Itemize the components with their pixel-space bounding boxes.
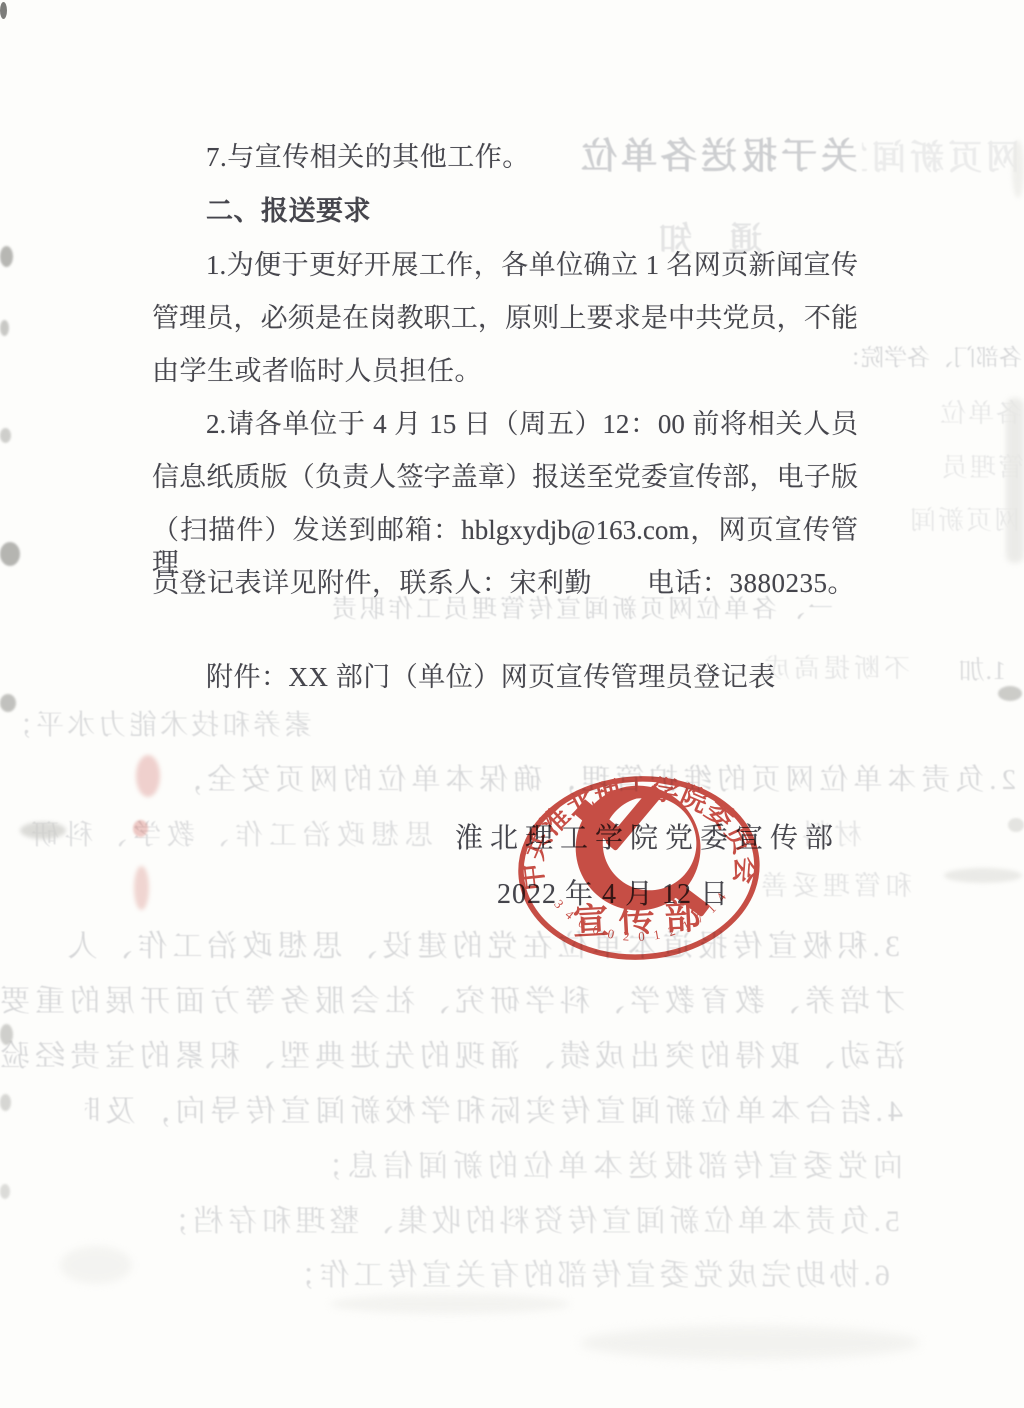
gray-smudge	[944, 868, 1022, 883]
edge-smudge	[0, 428, 11, 443]
bleed-through-text: 网页新闻	[908, 505, 1020, 539]
section-heading: 二、报送要求	[152, 195, 858, 228]
edge-smudge	[0, 542, 20, 566]
body-line-para2-2: 信息纸质版（负责人签字盖章）报送至党委宣传部，电子版	[152, 461, 858, 494]
edge-smudge	[0, 320, 9, 336]
bleed-through-text: 和管理妥善	[750, 870, 912, 905]
attachment-line: 附件：XX 部门（单位）网页宣传管理员登记表	[152, 661, 858, 694]
red-ink-smudge	[136, 755, 160, 797]
body-line-para1-1: 1.为便于更好开展工作，各单位确立 1 名网页新闻宣传	[152, 249, 858, 282]
bleed-through-text: 向党委宣传部报送本单位的新闻信息；	[295, 1148, 903, 1187]
bleed-through-text: 管理员	[940, 452, 1024, 486]
bleed-through-text: 才培养、教育教学、科学研究、社会服务等方面开展的重要	[0, 983, 905, 1022]
bleed-through-text: 网页新闻宣传	[862, 138, 1020, 182]
body-line-para1-2: 管理员，必须是在岗教职工，原则上要求是中共党员，不能	[152, 302, 858, 335]
edge-smudge	[0, 694, 16, 712]
bleed-through-text: 素养和技术能力水平；	[0, 708, 312, 744]
body-line-para2-1: 2.请各单位于 4 月 15 日（周五）12：00 前将相关人员	[152, 408, 858, 441]
bleed-through-text: 活动、取得的突出成绩、涌现的先进典型、积累的宝贵经验；	[0, 1038, 905, 1077]
body-line-para1-3: 由学生或者临时人员担任。	[152, 355, 858, 388]
edge-smudge	[998, 686, 1022, 701]
bleed-through-text: 6.协助完成党委宣传部的有关宣传工作；	[252, 1257, 890, 1296]
edge-smudge	[0, 1094, 11, 1111]
edge-streak	[1006, 398, 1024, 563]
edge-smudge	[0, 2, 7, 19]
official-seal: 中共淮北理工学院委员会 3406020121714 宣传部	[509, 766, 769, 973]
red-ink-smudge	[133, 820, 148, 837]
bleed-through-text: 3.积极宣传报道本单位在党的建设、思想政治工作、人	[36, 928, 900, 967]
paper-shadow	[60, 1246, 132, 1284]
bleed-through-text: 各单位	[938, 398, 1022, 432]
red-ink-smudge	[134, 866, 149, 910]
body-line-para2-4: 员登记表详见附件，联系人：宋利勤 电话：3880235。	[152, 567, 858, 600]
body-line-item7: 7.与宣传相关的其他工作。	[152, 141, 858, 174]
bleed-through-text: 5.负责本单位新闻宣传资料的收集、整理和存档；	[148, 1203, 900, 1242]
edge-smudge	[0, 1184, 10, 1199]
scanned-document-page: 关于报送各单位网页新闻宣传通 知各部门、各学院：各单位管理员网页新闻一、各单位网…	[0, 0, 1024, 1408]
edge-smudge	[0, 246, 13, 267]
bleed-through-text: 各部门、各学院：	[842, 344, 1022, 374]
bleed-through-text: 思想政治工作、教学、科研	[18, 818, 433, 854]
gray-smudge	[20, 822, 66, 839]
edge-smudge	[1012, 140, 1024, 198]
bleed-through-text: 4.结合本单位新闻宣传实际和学校新闻宣传导向，及时	[85, 1093, 903, 1132]
paper-shadow	[580, 1326, 920, 1360]
gray-smudge	[1008, 818, 1024, 832]
bleed-through-text: 1.加	[938, 655, 1006, 689]
edge-smudge	[0, 1024, 13, 1045]
paper-shadow	[330, 1294, 570, 1314]
